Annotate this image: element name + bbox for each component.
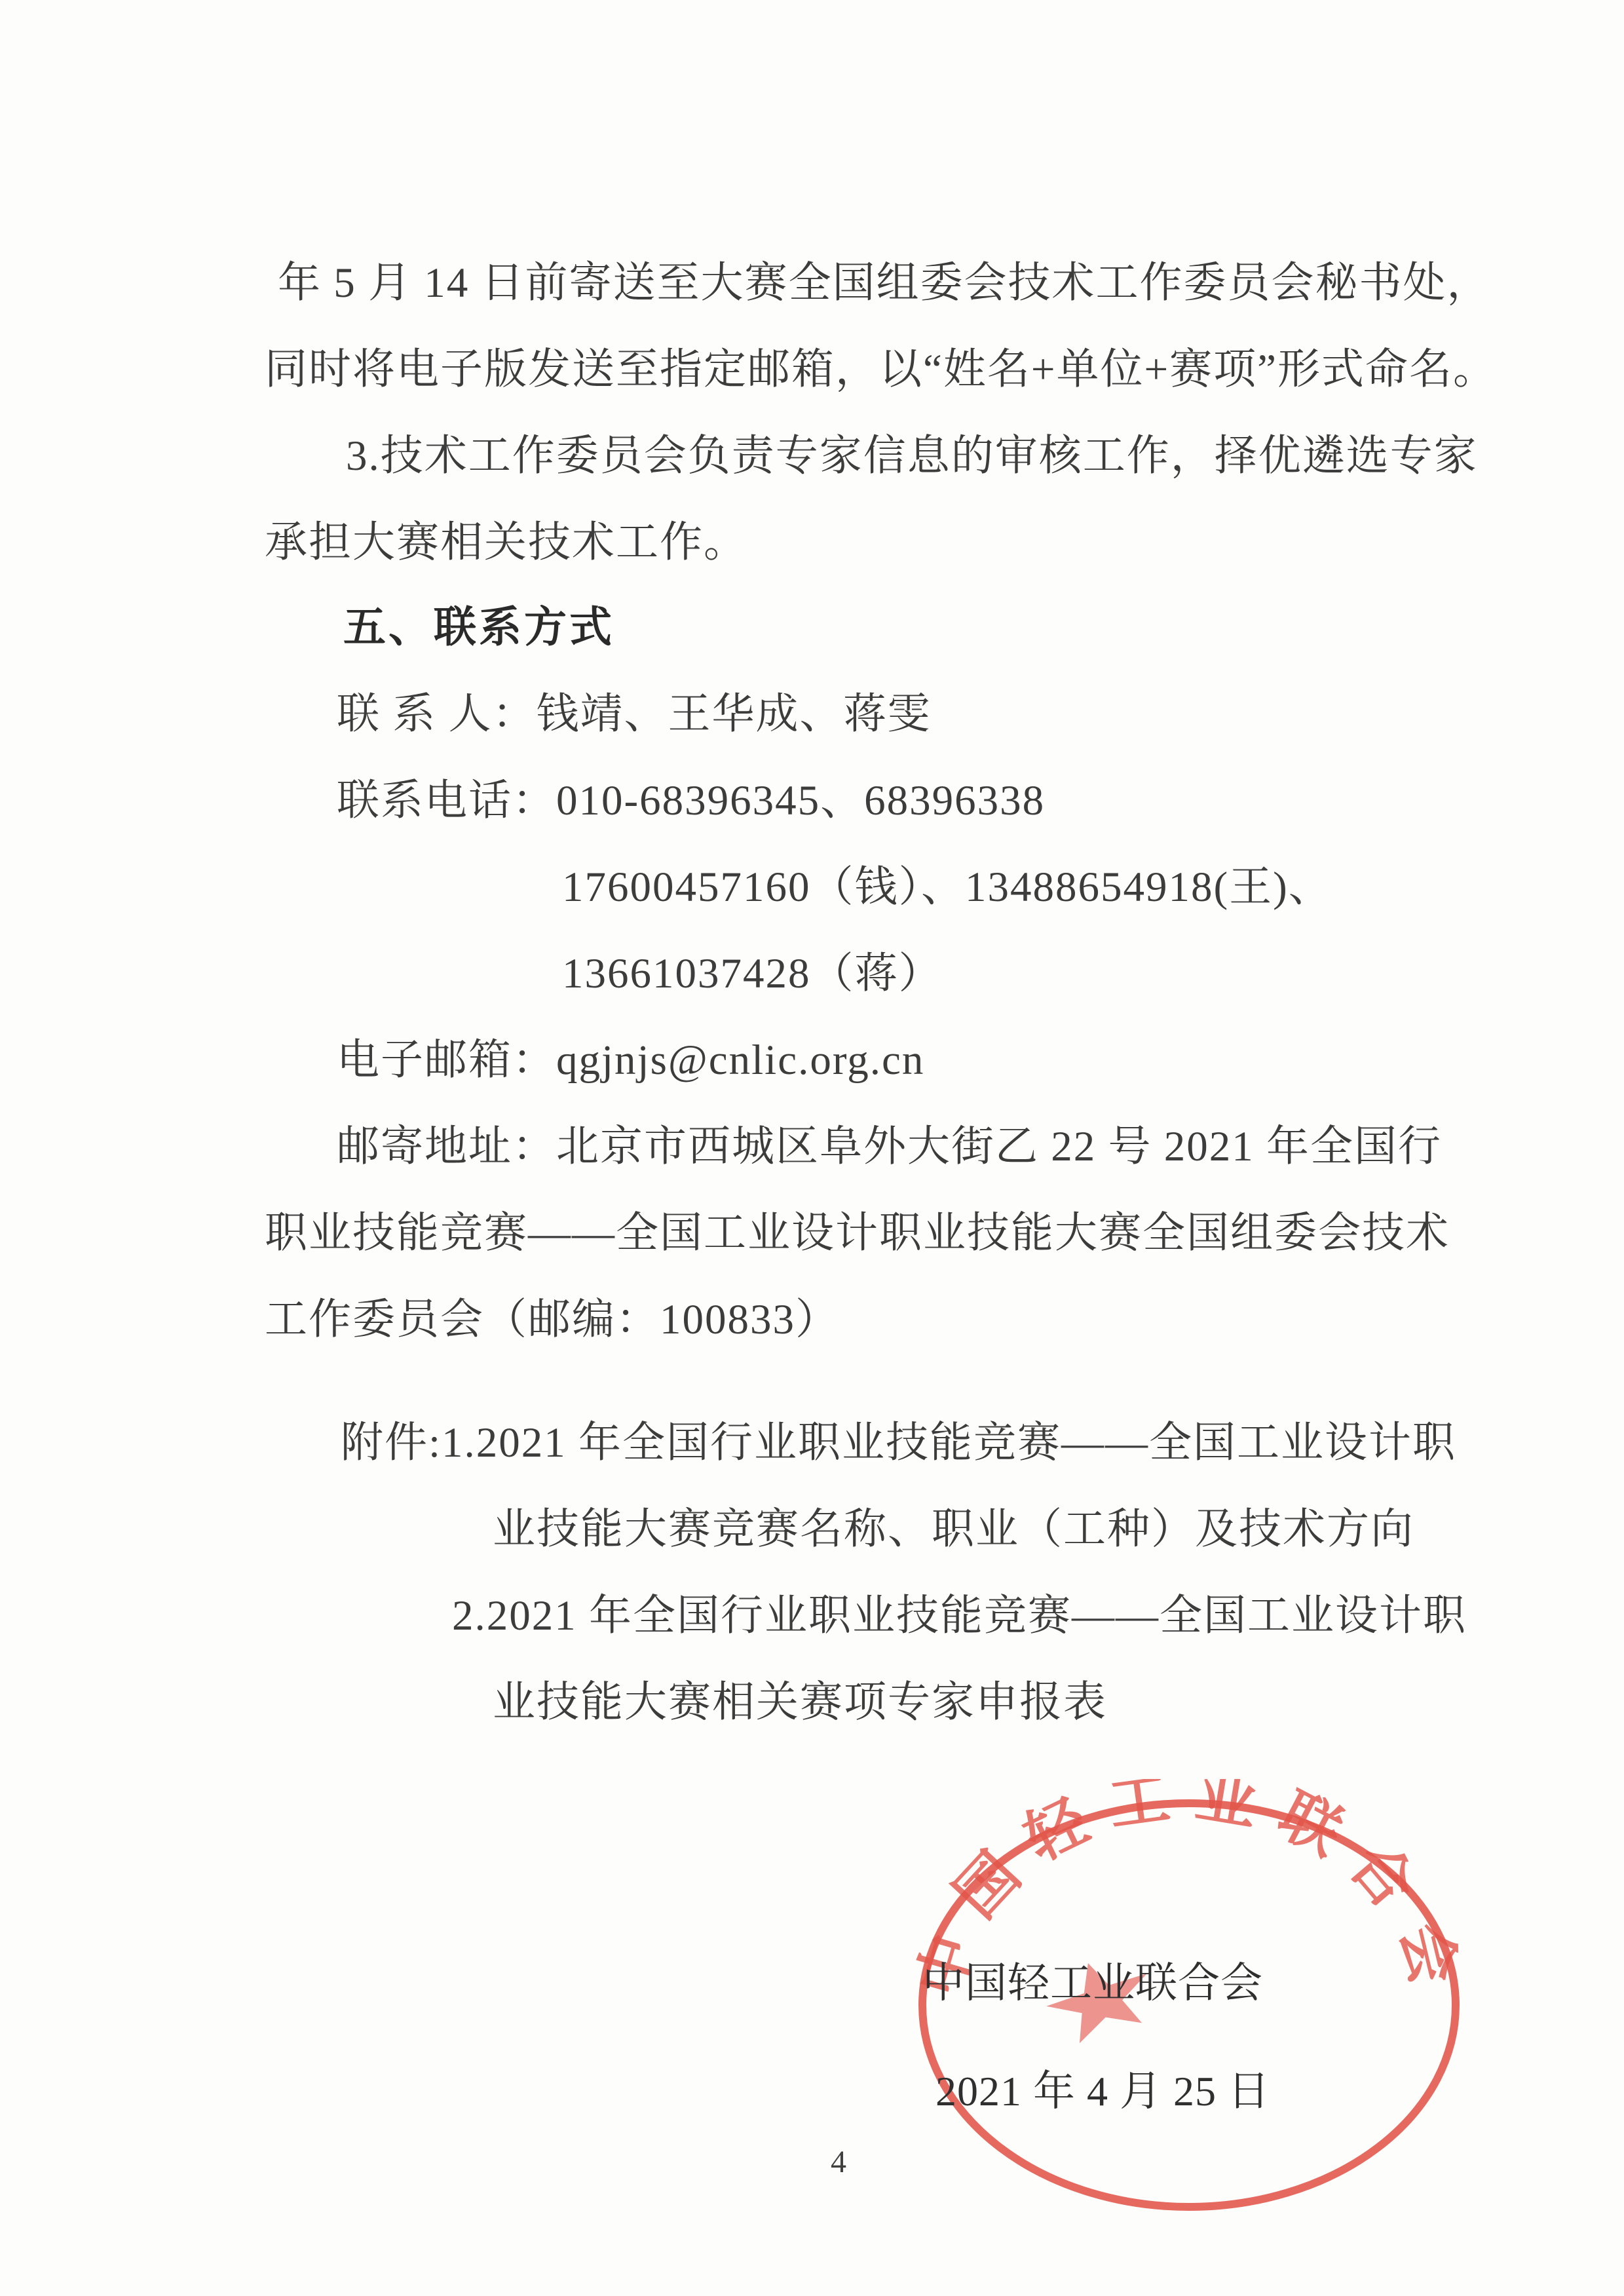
signature-date: 2021 年 4 月 25 日 <box>935 2057 1270 2118</box>
contact-phone-line-3: 13661037428（蒋） <box>562 951 943 996</box>
address-line-3: 工作委员会（邮编：100833） <box>265 1297 839 1342</box>
attachment-line-1: 附件:1.2021 年全国行业职业技能竞赛——全国工业设计职 <box>341 1421 1456 1465</box>
signature-org: 中国轻工业联合会 <box>922 1949 1263 2010</box>
address-line-1: 邮寄地址：北京市西城区阜外大街乙 22 号 2021 年全国行 <box>337 1124 1442 1169</box>
contact-phone-line-1: 联系电话：010-68396345、68396338 <box>337 778 1045 823</box>
body-line-3: 3.技术工作委员会负责专家信息的审核工作，择优遴选专家 <box>346 434 1478 478</box>
page-number: 4 <box>831 2144 846 2180</box>
body-line-4: 承担大赛相关技术工作。 <box>265 520 747 565</box>
attachment-line-2: 业技能大赛竞赛名称、职业（工种）及技术方向 <box>493 1507 1414 1552</box>
address-line-2: 职业技能竞赛——全国工业设计职业技能大赛全国组委会技术 <box>265 1211 1450 1255</box>
attachment-line-3: 2.2021 年全国行业职业技能竞赛——全国工业设计职 <box>452 1594 1467 1638</box>
official-seal: 中国轻工业联合会 <box>907 1779 1477 2264</box>
scanned-document-page: 年 5 月 14 日前寄送至大赛全国组委会技术工作委员会秘书处， 同时将电子版发… <box>0 0 1624 2296</box>
contact-phone-line-2: 17600457160（钱）、13488654918(王)、 <box>562 865 1332 909</box>
body-line-2: 同时将电子版发送至指定邮箱，以“姓名+单位+赛项”形式命名。 <box>265 347 1497 392</box>
body-line-1: 年 5 月 14 日前寄送至大赛全国组委会技术工作委员会秘书处， <box>278 261 1491 305</box>
attachment-line-4: 业技能大赛相关赛项专家申报表 <box>493 1680 1107 1725</box>
email-line: 电子邮箱：qgjnjs@cnlic.org.cn <box>337 1038 924 1082</box>
section-heading: 五、联系方式 <box>343 605 614 650</box>
contact-person-line: 联 系 人：钱靖、王华成、蒋雯 <box>337 692 932 737</box>
